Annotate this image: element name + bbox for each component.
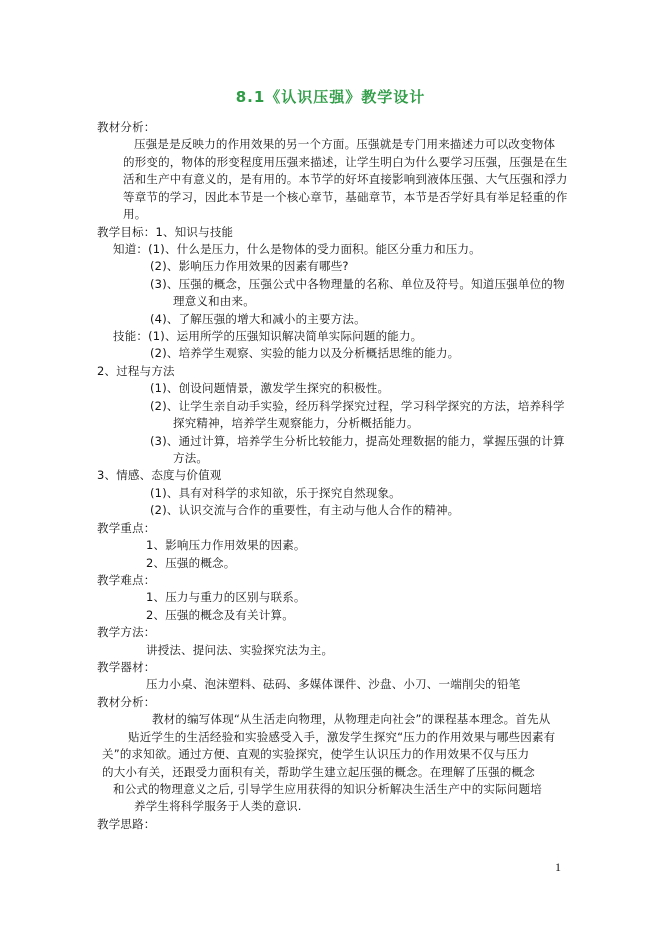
text-line: 压力小桌、泡沫塑料、砝码、多媒体课件、沙盘、小刀、一端削尖的铅笔 [146, 677, 520, 691]
document-title: 8.1《认识压强》教学设计 [0, 86, 661, 107]
text-line: 教学目标：1、知识与技能 [97, 225, 233, 239]
text-line: 教学方法： [97, 625, 156, 639]
text-line: (3)、通过计算，培养学生分析比较能力，提高处理数据的能力，掌握压强的计算 [150, 434, 565, 448]
text-line: 教材分析： [97, 120, 156, 134]
page-number: 1 [548, 860, 568, 875]
text-line: 教学器材： [97, 660, 156, 674]
text-line: 2、压强的概念及有关计算。 [146, 608, 294, 622]
text-line: (1)、创设问题情景，激发学生探究的积极性。 [150, 381, 389, 395]
text-line: (3)、压强的概念，压强公式中各物理量的名称、单位及符号。知道压强单位的物 [150, 277, 565, 291]
document-body: 教材分析：压强是是反映力的作用效果的另一个方面。压强就是专门用来描述力可以改变物… [97, 120, 597, 860]
text-line: 讲授法、提问法、实验探究法为主。 [146, 643, 333, 657]
text-line: 贴近学生的生活经验和实验感受入手，激发学生探究“压力的作用效果与哪些因素有 [128, 730, 555, 744]
text-line: 理意义和由来。 [173, 294, 255, 308]
text-line: 关”的求知欲。通过方便、直观的实验探究，使学生认识压力的作用效果不仅与压力 [102, 747, 529, 761]
text-line: (2)、让学生亲自动手实验，经历科学探究过程，学习科学探究的方法，培养科学 [150, 399, 565, 413]
text-line: 压强是是反映力的作用效果的另一个方面。压强就是专门用来描述力可以改变物体 [134, 137, 555, 151]
text-line: 知道：(1)、什么是压力，什么是物体的受力面积。能区分重力和压力。 [113, 242, 481, 256]
text-line: (4)、了解压强的增大和减小的主要方法。 [150, 312, 366, 326]
text-line: 用。 [123, 207, 146, 221]
text-line: 等章节的学习，因此本节是一个核心章节，基础章节，本节是否学好具有举足轻重的作 [123, 190, 568, 204]
text-line: 1、压力与重力的区别与联系。 [146, 590, 306, 604]
text-line: 2、过程与方法 [97, 364, 175, 378]
text-line: 2、压强的概念。 [146, 556, 235, 570]
text-line: 3、情感、态度与价值观 [97, 468, 222, 482]
text-line: (2)、影响压力作用效果的因素有哪些? [150, 259, 349, 273]
text-line: 教材的编写体现“从生活走向物理，从物理走向社会”的课程基本理念。首先从 [152, 712, 550, 726]
text-line: 教学思路： [97, 817, 156, 831]
text-line: (2)、培养学生观察、实验的能力以及分析概括思维的能力。 [150, 346, 459, 360]
text-line: 的大小有关，还跟受力面积有关，帮助学生建立起压强的概念。在理解了压强的概念 [102, 765, 535, 779]
text-line: 教学重点： [97, 521, 156, 535]
text-line: (1)、具有对科学的求知欲，乐于探究自然现象。 [150, 486, 401, 500]
text-line: 教学难点： [97, 573, 156, 587]
text-line: 和公式的物理意义之后, 引导学生应用获得的知识分析解决生活生产中的实际问题培 [113, 782, 542, 796]
text-line: 教材分析： [97, 695, 156, 709]
text-line: 养学生将科学服务于人类的意识. [134, 799, 302, 813]
text-line: 的形变的，物体的形变程度用压强来描述，让学生明白为什么要学习压强，压强是在生 [123, 155, 568, 169]
text-line: 活和生产中有意义的，是有用的。本节学的好坏直接影响到液体压强、大气压强和浮力 [123, 172, 568, 186]
text-line: 技能：(1)、运用所学的压强知识解决简单实际问题的能力。 [113, 329, 422, 343]
text-line: 探究精神，培养学生观察能力，分析概括能力。 [173, 416, 419, 430]
text-line: 方法。 [173, 451, 208, 465]
text-line: (2)、认识交流与合作的重要性，有主动与他人合作的精神。 [150, 503, 459, 517]
text-line: 1、影响压力作用效果的因素。 [146, 538, 306, 552]
document-page: 8.1《认识压强》教学设计 教材分析：压强是是反映力的作用效果的另一个方面。压强… [0, 0, 661, 935]
